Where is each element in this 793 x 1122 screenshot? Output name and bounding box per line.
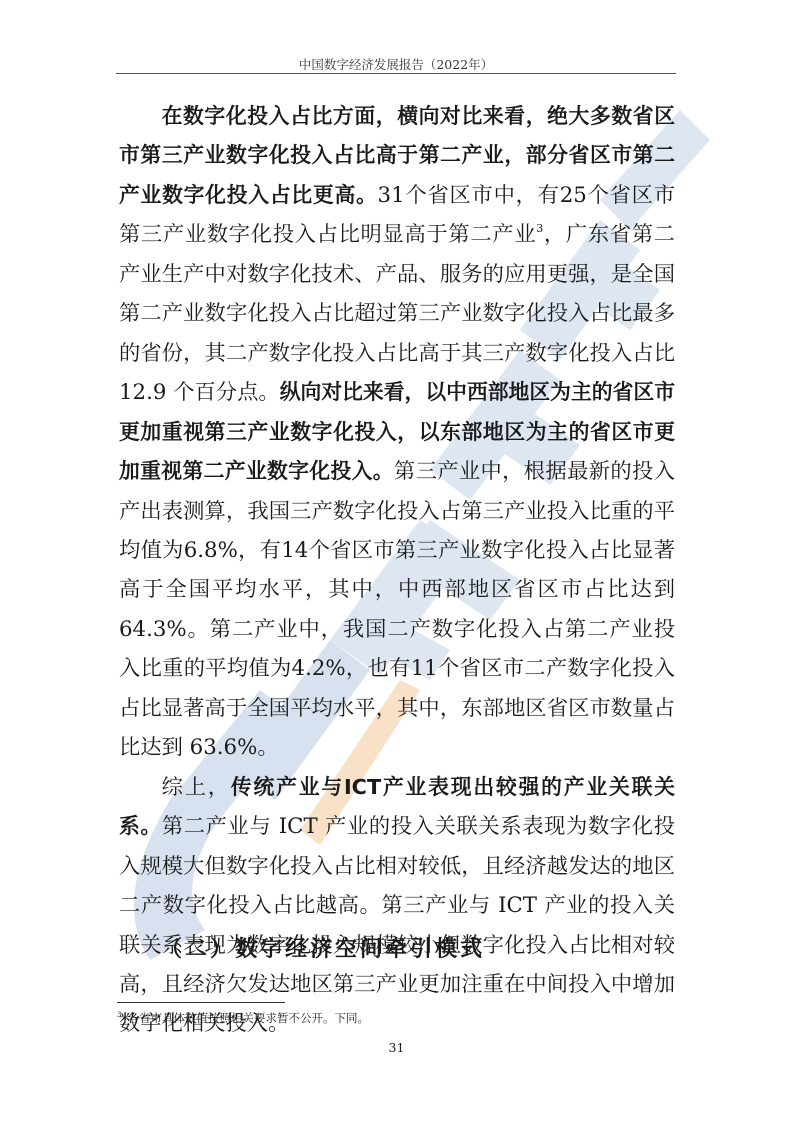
paragraph-2-lead: 综上， <box>162 775 231 800</box>
section-heading: （二）数字经济空间牵引模式 <box>160 932 485 963</box>
paragraph-1-text-3: 第三产业中，根据最新的投入产出表测算，我国三产数字化投入占第三产业投入比重的平均… <box>119 459 675 760</box>
paragraph-1: 在数字化投入占比方面，横向对比来看，绝大多数省区市第三产业数字化投入占比高于第二… <box>119 97 675 768</box>
footnote-text: 各省市具体数值按照相关要求暂不公开。下同。 <box>127 1011 369 1025</box>
footnote-rule <box>117 1002 285 1003</box>
body-text: 在数字化投入占比方面，横向对比来看，绝大多数省区市第三产业数字化投入占比高于第二… <box>119 97 675 1044</box>
footnote: 3各省市具体数值按照相关要求暂不公开。下同。 <box>117 1010 369 1026</box>
running-header: 中国数字经济发展报告（2022年） <box>116 55 676 73</box>
header-rule <box>116 73 676 74</box>
footnote-marker: 3 <box>117 1011 121 1019</box>
document-page: 中国数字经济发展报告（2022年） 在数字化投入占比方面，横向对比来看，绝大多数… <box>0 0 793 1122</box>
paragraph-1-text-2: ，广东省第二产业生产中对数字化技术、产品、服务的应用更强，是全国第二产业数字化投… <box>119 222 675 405</box>
paragraph-2-text: 第二产业与 ICT 产业的投入关联关系表现为数字化投入规模大但数字化投入占比相对… <box>119 814 675 1036</box>
page-number: 31 <box>0 1040 793 1055</box>
